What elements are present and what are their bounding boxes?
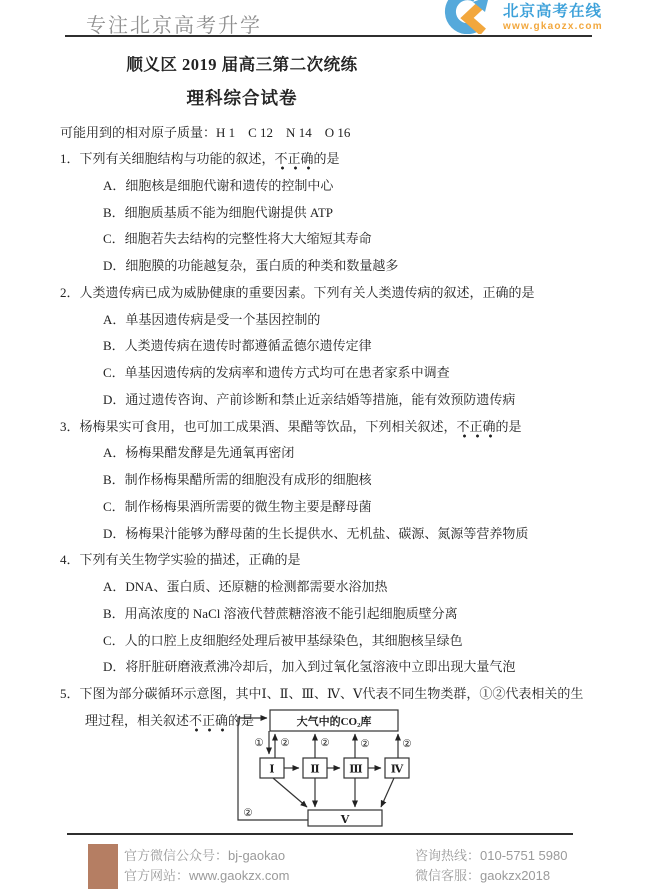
logo-title: 北京高考在线 — [503, 3, 603, 21]
footer-divider — [67, 833, 573, 835]
footer-left-column: 官方微信公众号：bj-gaokao 官方网站：www.gaokzx.com — [124, 846, 289, 886]
exam-page: 专注北京高考升学 北京高考在线 www.gkaozx.com 顺义区 2019 … — [0, 0, 650, 889]
process-2-label: ② — [320, 737, 330, 749]
question-3-option-c: C．制作杨梅果酒所需要的微生物主要是酵母菌 — [60, 494, 620, 521]
question-4-option-a: A．DNA、蛋白质、还原糖的检测都需要水浴加热 — [60, 574, 620, 601]
question-2: 2．人类遗传病已成为威胁健康的重要因素。下列有关人类遗传病的叙述，正确的是 — [60, 280, 620, 307]
group-3-label: Ⅲ — [349, 764, 362, 776]
atomic-mass-note: 可能用到的相对原子质量：H 1 C 12 N 14 O 16 — [60, 122, 350, 141]
exam-title: 顺义区 2019 届高三第二次统练 — [0, 51, 484, 75]
footer-wechat-service: 微信客服：gaokzx2018 — [415, 866, 567, 886]
header-divider — [65, 35, 592, 37]
question-3-option-a: A．杨梅果醋发酵是先通氧再密闭 — [60, 440, 620, 467]
footer-hotline: 咨询热线：010-5751 5980 — [415, 846, 567, 866]
header-tagline: 专注北京高考升学 — [86, 9, 262, 38]
question-1-option-c: C．细胞若失去结构的完整性将大大缩短其寿命 — [60, 226, 620, 253]
question-4-option-b: B．用高浓度的 NaCl 溶液代替蔗糖溶液不能引起细胞质壁分离 — [60, 601, 620, 628]
group-4-label: Ⅳ — [391, 764, 404, 776]
footer-website: 官方网站：www.gaokzx.com — [124, 866, 289, 886]
process-2-label: ② — [402, 738, 412, 750]
site-logo: 北京高考在线 www.gkaozx.com — [437, 0, 603, 34]
question-2-option-c: C．单基因遗传病的发病率和遗传方式均可在患者家系中调查 — [60, 360, 620, 387]
process-2-label: ② — [243, 807, 253, 819]
question-list: 1．下列有关细胞结构与功能的叙述，不正确的是 A．细胞核是细胞代谢和遗传的控制中… — [60, 146, 620, 735]
question-1-option-a: A．细胞核是细胞代谢和遗传的控制中心 — [60, 173, 620, 200]
process-2-label: ② — [360, 738, 370, 750]
group-1-label: Ⅰ — [269, 764, 274, 776]
co2-pool-label: 大气中的CO₂库 — [297, 714, 372, 728]
question-2-option-d: D．通过遗传咨询、产前诊断和禁止近亲结婚等措施，能有效预防遗传病 — [60, 387, 620, 414]
arrow-1-to-v — [273, 778, 307, 807]
arrow-4-to-v — [381, 778, 394, 807]
question-3-option-b: B．制作杨梅果醋所需的细胞没有成形的细胞核 — [60, 467, 620, 494]
footer-wechat-account: 官方微信公众号：bj-gaokao — [124, 846, 289, 866]
question-3-option-d: D．杨梅果汁能够为酵母菌的生长提供水、无机盐、碳源、氮源等营养物质 — [60, 521, 620, 548]
footer-right-column: 咨询热线：010-5751 5980 微信客服：gaokzx2018 — [415, 846, 567, 886]
process-1-label: ① — [254, 737, 264, 749]
question-3: 3．杨梅果实可食用，也可加工成果酒、果醋等饮品，下列相关叙述，不正确的是 — [60, 414, 620, 441]
question-4-option-c: C．人的口腔上皮细胞经处理后被甲基绿染色，其细胞核呈绿色 — [60, 628, 620, 655]
question-4-option-d: D．将肝脏研磨液煮沸冷却后，加入到过氧化氢溶液中立即出现大量气泡 — [60, 654, 620, 681]
carbon-cycle-diagram: 大气中的CO₂库 Ⅰ Ⅱ Ⅲ Ⅳ Ⅴ ① ② ② ② ② ② — [228, 698, 478, 833]
question-2-option-b: B．人类遗传病在遗传时都遵循孟德尔遗传定律 — [60, 333, 620, 360]
question-1-option-d: D．细胞膜的功能越复杂，蛋白质的种类和数量越多 — [60, 253, 620, 280]
logo-text: 北京高考在线 www.gkaozx.com — [503, 0, 603, 33]
question-4: 4．下列有关生物学实验的描述，正确的是 — [60, 547, 620, 574]
logo-url: www.gkaozx.com — [503, 21, 603, 33]
process-2-label: ② — [280, 737, 290, 749]
question-1-option-b: B．细胞质基质不能为细胞代谢提供 ATP — [60, 200, 620, 227]
footer-brand-square — [88, 844, 118, 889]
exam-subtitle: 理科综合试卷 — [0, 85, 484, 110]
gk-logo-icon — [437, 0, 499, 34]
group-2-label: Ⅱ — [310, 764, 319, 776]
group-5-label: Ⅴ — [340, 814, 350, 826]
question-1: 1．下列有关细胞结构与功能的叙述，不正确的是 — [60, 146, 620, 173]
question-2-option-a: A．单基因遗传病是受一个基因控制的 — [60, 307, 620, 334]
